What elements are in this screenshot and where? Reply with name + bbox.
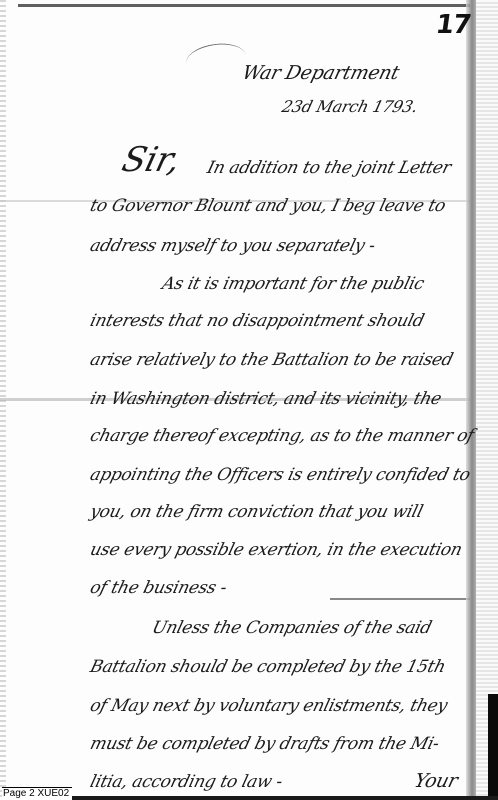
- body-line: use every possible exertion, in the exec…: [88, 540, 464, 560]
- fold-line: [330, 598, 470, 600]
- body-line: As it is important for the public: [160, 274, 426, 294]
- body-line: of May next by voluntary enlistments, th…: [88, 696, 449, 716]
- scan-border-block: [488, 694, 498, 800]
- body-line: arise relatively to the Battalion to be …: [88, 350, 455, 370]
- body-line: litia, according to law -: [88, 772, 284, 792]
- body-line: of the business -: [88, 578, 229, 598]
- body-line: you, on the firm conviction that you wil…: [88, 502, 425, 522]
- scan-right-edge: [466, 0, 476, 800]
- document-page: 17 War Department 23d March 1793. Sir, I…: [0, 0, 498, 800]
- scan-bottom-border: [62, 796, 498, 800]
- letterhead-office: War Department: [240, 62, 401, 84]
- flourish-decoration: [184, 40, 248, 79]
- folio-number: 17: [434, 10, 472, 40]
- body-line: address myself to you separately -: [88, 236, 377, 256]
- salutation: Sir,: [118, 140, 184, 180]
- body-line: in Washington district, and its vicinity…: [88, 389, 443, 409]
- body-line: Battalion should be completed by the 15t…: [88, 657, 447, 677]
- scan-margin: [476, 0, 498, 800]
- page-label: Page 2 XUE02: [2, 787, 72, 800]
- letter-date: 23d March 1793.: [280, 97, 420, 116]
- body-line: Unless the Companies of the said: [150, 618, 434, 638]
- body-line: must be completed by drafts from the Mi-: [88, 734, 441, 754]
- body-line: In addition to the joint Letter: [205, 158, 453, 178]
- body-line: appointing the Officers is entirely conf…: [88, 465, 472, 485]
- body-line: charge thereof excepting, as to the mann…: [88, 426, 476, 446]
- body-line: to Governor Blount and you, I beg leave …: [88, 196, 448, 216]
- page-top-border: [18, 4, 470, 7]
- body-line: interests that no disappointment should: [88, 311, 426, 331]
- catchword: Your: [412, 770, 460, 792]
